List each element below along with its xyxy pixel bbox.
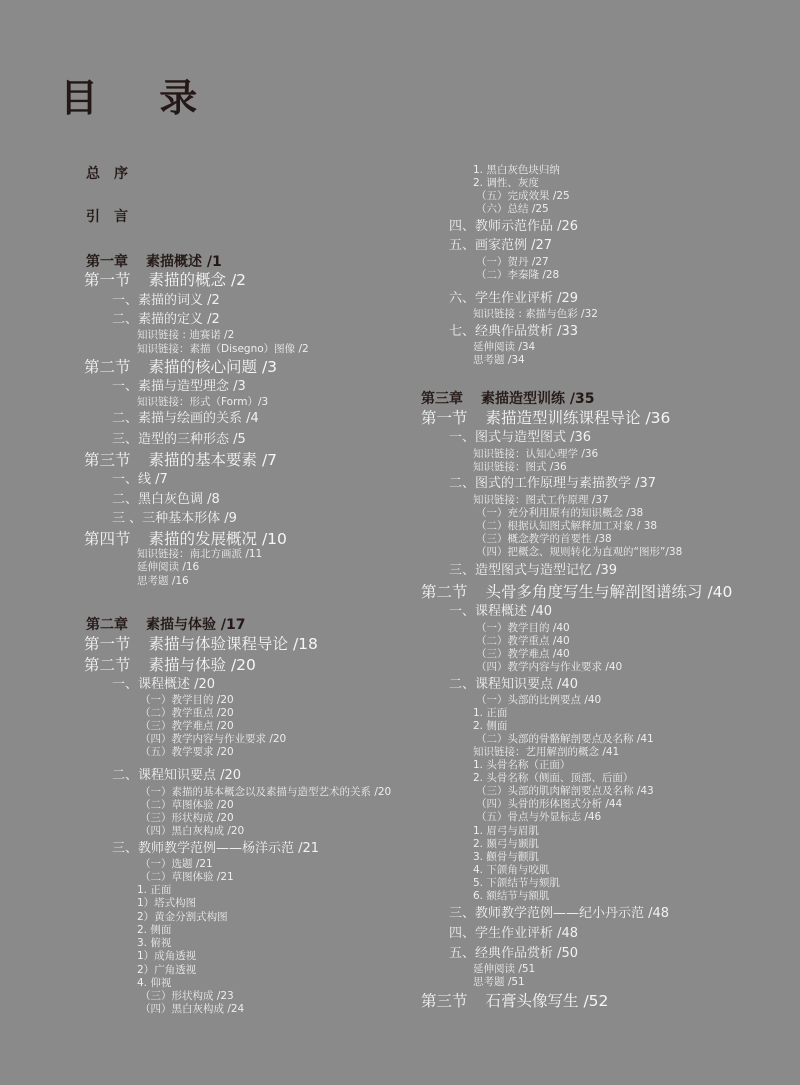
chapter-title: 素描与体验 /17 bbox=[146, 617, 245, 633]
toc-section-entry[interactable]: 第二节头骨多角度写生与解剖图谱练习 /40 bbox=[421, 580, 732, 602]
toc-sub-entry[interactable]: 一、素描与造型理念 /3 bbox=[112, 375, 246, 394]
toc-small-entry[interactable]: （五）骨点与外显标志 /46 bbox=[476, 809, 601, 824]
section-title: 素描造型训练课程导论 /36 bbox=[486, 409, 671, 427]
toc-small-entry[interactable]: 知识链接 : 素描与色彩 /32 bbox=[473, 306, 598, 321]
chapter-label: 第三章 bbox=[421, 391, 463, 407]
section-label: 第二节 bbox=[84, 358, 131, 376]
toc-sub-entry[interactable]: 一、线 /7 bbox=[112, 468, 168, 487]
toc-sub-entry[interactable]: 五、经典作品赏析 /50 bbox=[449, 942, 578, 961]
section-label: 第三节 bbox=[421, 992, 468, 1010]
toc-small-entry[interactable]: （四）黑白灰构成 /20 bbox=[140, 823, 244, 838]
toc-chapter-entry[interactable]: 第三章素描造型训练 /35 bbox=[421, 388, 594, 408]
toc-sub-entry[interactable]: 一、课程概述 /20 bbox=[112, 673, 215, 692]
toc-sub-entry[interactable]: 一、课程概述 /40 bbox=[449, 600, 552, 619]
toc-front-entry[interactable]: 总序 bbox=[86, 163, 142, 183]
toc-sub-entry[interactable]: 一、素描的词义 /2 bbox=[112, 289, 220, 308]
toc-small-entry[interactable]: 思考题 /51 bbox=[473, 974, 525, 989]
toc-small-entry[interactable]: 知识链接：素描（Disegno）图像 /2 bbox=[137, 341, 309, 356]
toc-small-entry[interactable]: 思考题 /34 bbox=[473, 352, 525, 367]
toc-sub-entry[interactable]: 四、学生作业评析 /48 bbox=[449, 922, 578, 941]
section-title: 头骨多角度写生与解剖图谱练习 /40 bbox=[486, 583, 733, 601]
section-title: 素描的核心问题 /3 bbox=[149, 358, 278, 376]
toc-sub-entry[interactable]: 二、素描与绘画的关系 /4 bbox=[112, 407, 259, 426]
toc-section-entry[interactable]: 第三节石膏头像写生 /52 bbox=[421, 989, 608, 1011]
toc-sub-entry[interactable]: 三、造型图式与造型记忆 /39 bbox=[449, 559, 617, 578]
toc-sub-entry[interactable]: 四、教师示范作品 /26 bbox=[449, 215, 578, 234]
section-title: 素描的基本要素 /7 bbox=[149, 451, 278, 469]
toc-small-entry[interactable]: （四）教学内容与作业要求 /40 bbox=[476, 659, 622, 674]
chapter-label: 第二章 bbox=[86, 617, 128, 633]
toc-sub-entry[interactable]: 三 、三种基本形体 /9 bbox=[112, 507, 237, 526]
toc-sub-entry[interactable]: 六、学生作业评析 /29 bbox=[449, 287, 578, 306]
toc-sub-entry[interactable]: 二、课程知识要点 /20 bbox=[112, 764, 241, 783]
section-label: 第四节 bbox=[84, 530, 131, 548]
toc-small-entry[interactable]: （二）李秦隆 /28 bbox=[476, 267, 559, 282]
section-label: 第一节 bbox=[84, 635, 131, 653]
toc-small-entry[interactable]: （六）总结 /25 bbox=[476, 201, 549, 216]
section-label: 第二节 bbox=[84, 656, 131, 674]
toc-small-entry[interactable]: 1）成角透视 bbox=[137, 948, 196, 963]
chapter-title: 素描造型训练 /35 bbox=[481, 391, 594, 407]
toc-sub-entry[interactable]: 三、教师教学范例——纪小丹示范 /48 bbox=[449, 902, 669, 921]
section-label: 第一节 bbox=[84, 271, 131, 289]
toc-sub-entry[interactable]: 二、素描的定义 /2 bbox=[112, 308, 220, 327]
toc-sub-entry[interactable]: 二、课程知识要点 /40 bbox=[449, 673, 578, 692]
section-title: 素描与体验 /20 bbox=[149, 656, 256, 674]
section-label: 第一节 bbox=[421, 409, 468, 427]
toc-small-entry[interactable]: （四）黑白灰构成 /24 bbox=[140, 1001, 244, 1016]
toc-sub-entry[interactable]: 七、经典作品赏析 /33 bbox=[449, 320, 578, 339]
toc-section-entry[interactable]: 第二节素描的核心问题 /3 bbox=[84, 355, 277, 377]
toc-small-entry[interactable]: （四）把概念、规则转化为直观的“图形”/38 bbox=[476, 544, 682, 559]
toc-small-entry[interactable]: 1）塔式构图 bbox=[137, 895, 196, 910]
toc-small-entry[interactable]: 知识链接 : 迪赛诺 /2 bbox=[137, 327, 234, 342]
toc-section-entry[interactable]: 第二节素描与体验 /20 bbox=[84, 653, 256, 675]
toc-section-entry[interactable]: 第一节素描与体验课程导论 /18 bbox=[84, 632, 318, 654]
toc-small-entry[interactable]: 6. 额结节与额肌 bbox=[473, 888, 549, 903]
toc-small-entry[interactable]: （五）教学要求 /20 bbox=[140, 744, 234, 759]
section-label: 第二节 bbox=[421, 583, 468, 601]
toc-small-entry[interactable]: 思考题 /16 bbox=[137, 573, 189, 588]
section-label: 第三节 bbox=[84, 451, 131, 469]
page-title: 目 录 bbox=[60, 76, 221, 120]
toc-sub-entry[interactable]: 一、图式与造型图式 /36 bbox=[449, 426, 591, 445]
toc-sub-entry[interactable]: 二、图式的工作原理与素描教学 /37 bbox=[449, 472, 656, 491]
toc-section-entry[interactable]: 第一节素描的概念 /2 bbox=[84, 268, 246, 290]
toc-chapter-entry[interactable]: 第二章素描与体验 /17 bbox=[86, 614, 245, 634]
toc-small-entry[interactable]: 延伸阅读 /16 bbox=[137, 559, 199, 574]
toc-sub-entry[interactable]: 三、教师教学范例——杨洋示范 /21 bbox=[112, 837, 319, 856]
toc-sub-entry[interactable]: 二、黑白灰色调 /8 bbox=[112, 488, 220, 507]
toc-section-entry[interactable]: 第三节素描的基本要素 /7 bbox=[84, 448, 277, 470]
toc-sub-entry[interactable]: 五、画家范例 /27 bbox=[449, 234, 552, 253]
section-title: 石膏头像写生 /52 bbox=[486, 992, 609, 1010]
toc-section-entry[interactable]: 第一节素描造型训练课程导论 /36 bbox=[421, 406, 670, 428]
toc-sub-entry[interactable]: 三、造型的三种形态 /5 bbox=[112, 428, 246, 447]
toc-front-entry[interactable]: 引言 bbox=[86, 206, 142, 226]
section-title: 素描的概念 /2 bbox=[149, 271, 247, 289]
section-title: 素描与体验课程导论 /18 bbox=[149, 635, 318, 653]
